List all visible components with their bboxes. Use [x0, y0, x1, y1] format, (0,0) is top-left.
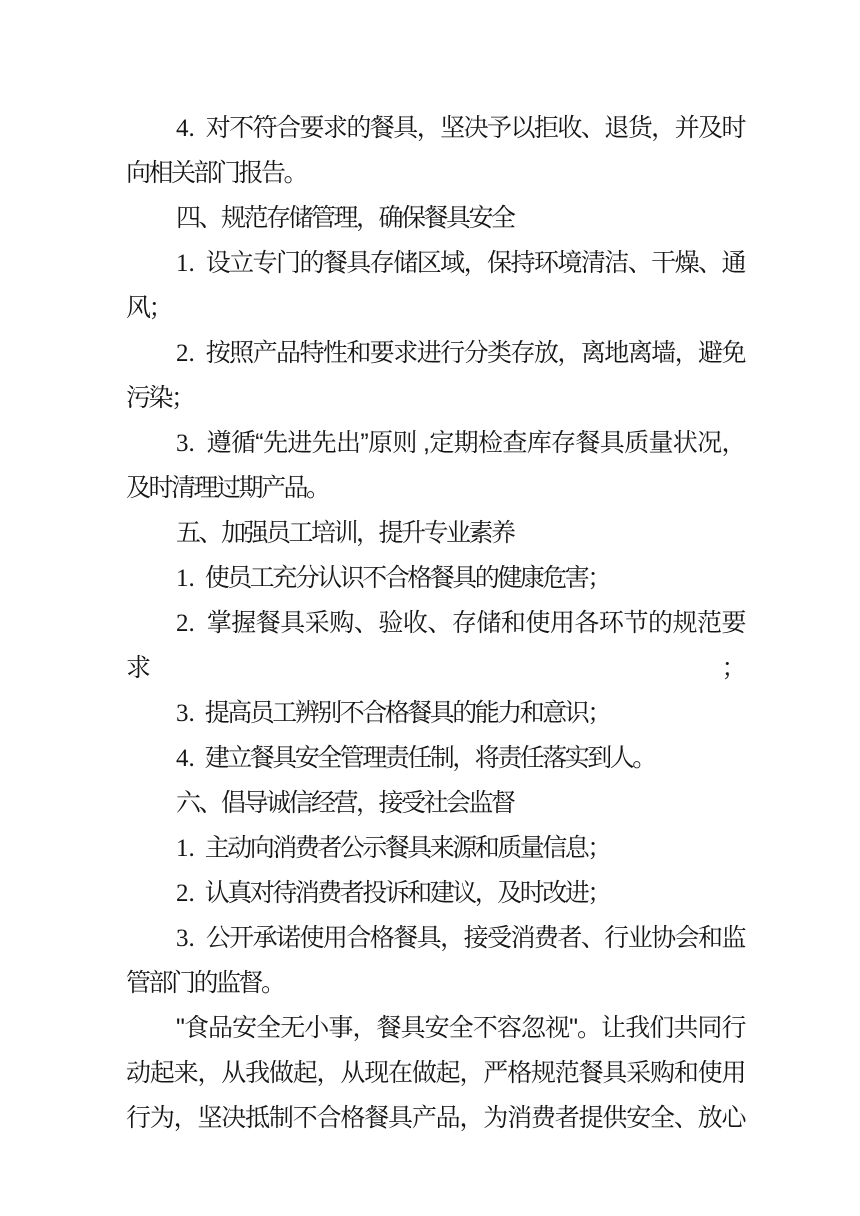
doc-line-17: 2.认真对待消费者投诉和建议，及时改进；: [126, 871, 744, 916]
doc-line-7: 污染；: [126, 376, 744, 421]
doc-line-10: 五、加强员工培训，提升专业素养: [126, 511, 744, 556]
doc-line-5: 风；: [126, 286, 744, 331]
document-body: 4.对不符合要求的餐具，坚决予以拒收、退货，并及时 向相关部门报告。 四、规范存…: [126, 106, 744, 1141]
list-number: 3.: [176, 430, 195, 457]
doc-line-8: 3.遵循“先进先出”原则 ,定期检查库存餐具质量状况，: [126, 421, 744, 466]
doc-line-9: 及时清理过期产品。: [126, 466, 744, 511]
list-number: 4.: [176, 115, 195, 142]
list-number: 1.: [176, 565, 195, 592]
list-number: 1.: [176, 250, 195, 277]
doc-line-21: 动起来，从我做起，从现在做起，严格规范餐具采购和使用: [126, 1051, 744, 1096]
list-number: 3.: [176, 700, 195, 727]
list-number: 2.: [176, 880, 195, 907]
document-page: 4.对不符合要求的餐具，坚决予以拒收、退货，并及时 向相关部门报告。 四、规范存…: [0, 0, 860, 1216]
doc-line-11: 1.使员工充分认识不合格餐具的健康危害；: [126, 556, 744, 601]
list-number: 2.: [176, 610, 195, 637]
list-number: 3.: [176, 925, 195, 952]
doc-line-15: 六、倡导诚信经营，接受社会监督: [126, 781, 744, 826]
doc-line-12: 2.掌握餐具采购、验收、存储和使用各环节的规范要求；: [126, 601, 744, 691]
doc-line-6: 2.按照产品特性和要求进行分类存放，离地离墙，避免: [126, 331, 744, 376]
doc-line-20: "食品安全无小事，餐具安全不容忽视"。让我们共同行: [126, 1006, 744, 1051]
doc-line-18: 3.公开承诺使用合格餐具，接受消费者、行业协会和监: [126, 916, 744, 961]
list-number: 1.: [176, 835, 195, 862]
list-number: 4.: [176, 745, 195, 772]
doc-line-19: 管部门的监督。: [126, 961, 744, 1006]
doc-line-4: 1.设立专门的餐具存储区域，保持环境清洁、干燥、通: [126, 241, 744, 286]
doc-line-13: 3.提高员工辨别不合格餐具的能力和意识；: [126, 691, 744, 736]
doc-line-1: 4.对不符合要求的餐具，坚决予以拒收、退货，并及时: [126, 106, 744, 151]
doc-line-22: 行为，坚决抵制不合格餐具产品，为消费者提供安全、放心: [126, 1096, 744, 1141]
doc-line-16: 1.主动向消费者公示餐具来源和质量信息；: [126, 826, 744, 871]
doc-line-2: 向相关部门报告。: [126, 151, 744, 196]
doc-line-3: 四、规范存储管理，确保餐具安全: [126, 196, 744, 241]
list-number: 2.: [176, 340, 195, 367]
doc-line-14: 4.建立餐具安全管理责任制，将责任落实到人。: [126, 736, 744, 781]
